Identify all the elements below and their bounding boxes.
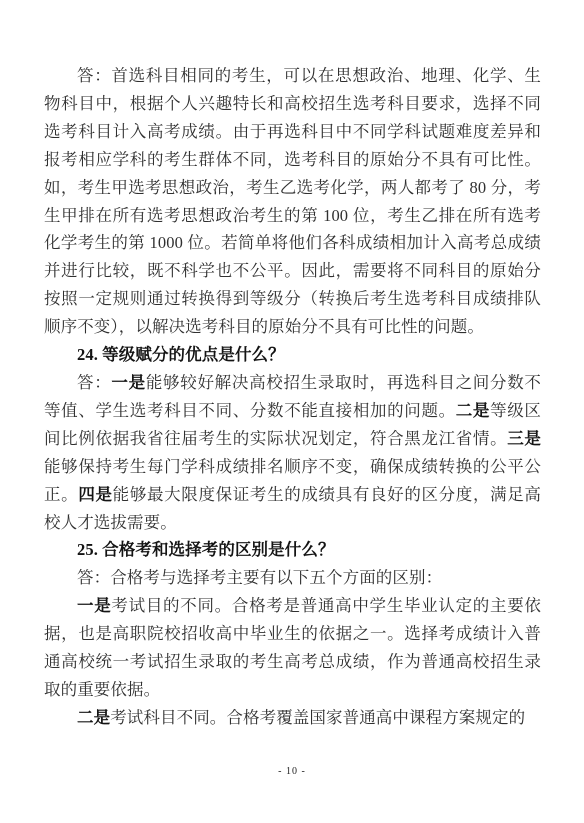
text-run: 考试目的不同。合格考是普通高中学生毕业认定的主要依据，也是高职院校招收高中毕业生…: [44, 596, 541, 699]
paragraph: 答：合格考与选择考主要有以下五个方面的区别：: [44, 564, 541, 592]
bold-text-run: 25. 合格考和选择考的区别是什么？: [77, 540, 335, 559]
bold-text-run: 24. 等级赋分的优点是什么？: [77, 345, 285, 364]
page-number: - 10 -: [0, 766, 584, 777]
text-run: 答：: [77, 373, 111, 392]
text-run: 能够最大限度保证考生的成绩具有良好的区分度，满足高校人才选拔需要。: [44, 485, 541, 532]
bold-text-run: 三是: [507, 429, 541, 448]
question-heading: 24. 等级赋分的优点是什么？: [44, 341, 541, 369]
text-run: 答：首选科目相同的考生，可以在思想政治、地理、化学、生物科目中，根据个人兴趣特长…: [44, 66, 541, 336]
paragraph: 一是考试目的不同。合格考是普通高中学生毕业认定的主要依据，也是高职院校招收高中毕…: [44, 592, 541, 704]
bold-text-run: 四是: [78, 485, 112, 504]
document-body: 答：首选科目相同的考生，可以在思想政治、地理、化学、生物科目中，根据个人兴趣特长…: [44, 62, 541, 732]
text-run: 考试科目不同。合格考覆盖国家普通高中课程方案规定的: [110, 708, 525, 727]
bold-text-run: 一是: [77, 596, 111, 615]
bold-text-run: 二是: [77, 708, 110, 727]
bold-text-run: 二是: [456, 401, 490, 420]
question-heading: 25. 合格考和选择考的区别是什么？: [44, 536, 541, 564]
paragraph: 答：首选科目相同的考生，可以在思想政治、地理、化学、生物科目中，根据个人兴趣特长…: [44, 62, 541, 341]
paragraph: 答：一是能够较好解决高校招生录取时，再选科目之间分数不等值、学生选考科目不同、分…: [44, 369, 541, 536]
paragraph: 二是考试科目不同。合格考覆盖国家普通高中课程方案规定的: [44, 704, 541, 732]
text-run: 答：合格考与选择考主要有以下五个方面的区别：: [77, 568, 442, 587]
bold-text-run: 一是: [111, 373, 145, 392]
document-page: 答：首选科目相同的考生，可以在思想政治、地理、化学、生物科目中，根据个人兴趣特长…: [0, 0, 584, 823]
